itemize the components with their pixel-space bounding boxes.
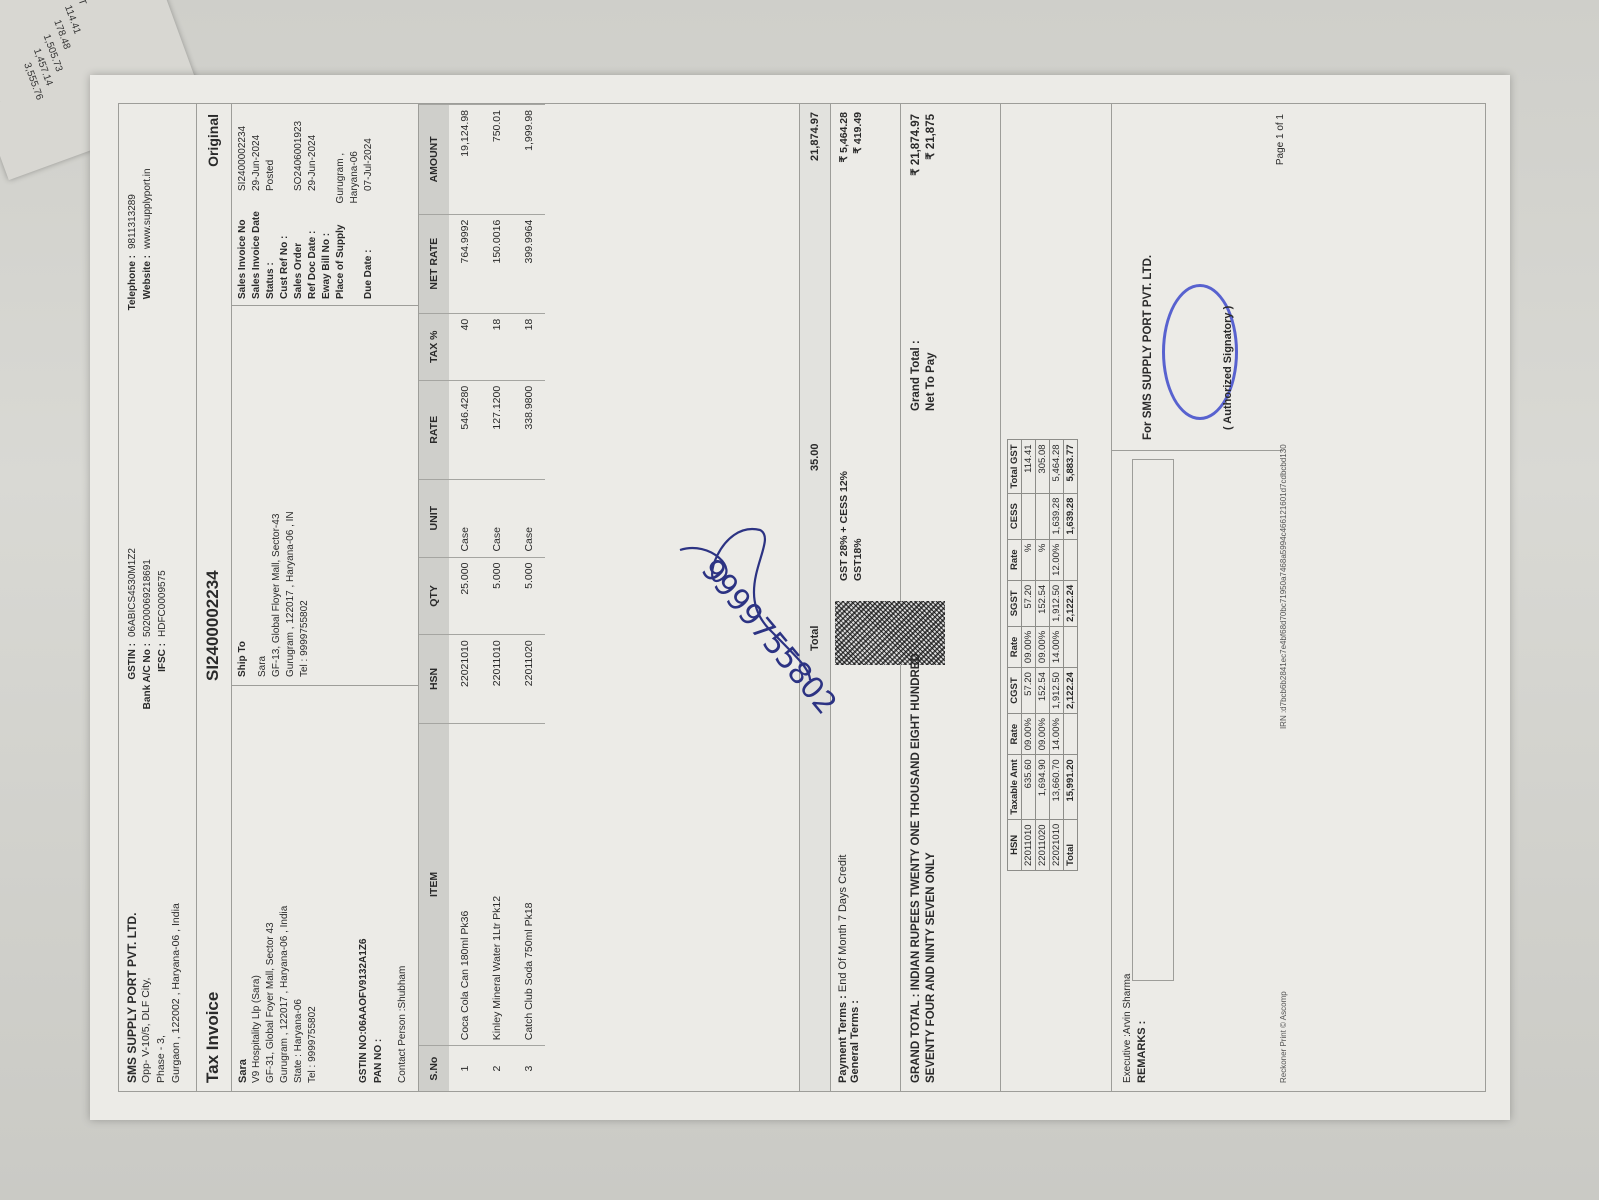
column-header: HSN — [419, 635, 449, 723]
items-header-row: S.NoITEMHSNQTYUNITRATETAX %NET RATEAMOUN… — [419, 105, 449, 1092]
parties-section: Sara V9 Hospitality Llp (Sara) GF-31, Gl… — [232, 104, 419, 1091]
meta-label: Sales Invoice No — [236, 191, 250, 299]
hsn-cell: 152.54 — [1036, 580, 1050, 626]
meta-label: Sales Order — [292, 191, 306, 299]
meta-row: Place of SupplyGurugram , Haryana-06 — [334, 110, 362, 299]
bill-to-line: State : Haryana-06 — [292, 693, 306, 1083]
hsn-cell: 152.54 — [1036, 668, 1050, 714]
table-cell: 22011020 — [513, 635, 545, 723]
hsn-cell: 1,912.50 — [1050, 668, 1064, 714]
invoice-meta: Sales Invoice NoSI2400002234Sales Invoic… — [232, 104, 418, 306]
column-header: QTY — [419, 557, 449, 635]
hsn-cell: 09.00% — [1022, 626, 1036, 667]
meta-row: Sales OrderSO2406001923 — [292, 110, 306, 299]
bill-to-line: GF-31, Global Foyer Mall, Sector 43 — [264, 693, 278, 1083]
hsn-cell: 13,660.70 — [1050, 755, 1064, 819]
table-cell: 150.0016 — [481, 214, 513, 313]
table-cell: 19,124.98 — [449, 105, 481, 215]
signature-box: For SMS SUPPLY PORT PVT. LTD. ( Authoriz… — [1112, 104, 1282, 451]
hsn-cell — [1064, 714, 1078, 755]
print-footer: Reckoner Print © Ascomp IRN :d7bcb6b2841… — [1279, 444, 1288, 1083]
hsn-cell: 635.60 — [1022, 755, 1036, 819]
bill-to-tax-ids: GSTIN NO:06AAOFV9132A1Z6 PAN NO : — [356, 939, 386, 1084]
ship-to-line: GF-13, Global Floyer Mall, Sector-43 — [270, 314, 284, 677]
hsn-summary-table: HSNTaxable AmtRateCGSTRateSGSTRateCESSTo… — [1007, 439, 1078, 871]
irn-number: IRN :d7bcb6b2841ec7e4bf68d70bc71950a7468… — [1279, 444, 1288, 729]
hsn-cell: 5,883.77 — [1064, 440, 1078, 493]
company-bank-info: GSTIN :06ABICS4530M1Z2 Bank A/C No :5020… — [125, 548, 170, 721]
table-cell: 18 — [513, 313, 545, 380]
hsn-cell: 2,122.24 — [1064, 580, 1078, 626]
table-cell: Case — [513, 479, 545, 557]
table-cell: 22021010 — [449, 635, 481, 723]
meta-row: Eway Bill No : — [320, 110, 334, 299]
meta-row: Cust Ref No : — [278, 110, 292, 299]
column-header: RATE — [419, 380, 449, 479]
table-cell: Catch Club Soda 750ml Pk18 — [513, 723, 545, 1046]
meta-value: SO2406001923 — [292, 121, 306, 191]
company-contact: Telephone :9811313289 Website :www.suppl… — [125, 168, 155, 321]
column-header: TAX % — [419, 313, 449, 380]
table-cell: 5.000 — [481, 557, 513, 635]
hsn-cell: 09.00% — [1036, 714, 1050, 755]
company-header: SMS SUPPLY PORT PVT. LTD. Opp- V-10/5, D… — [119, 104, 197, 1091]
table-cell: Kinley Mineral Water 1Ltr Pk12 — [481, 723, 513, 1046]
table-cell: 750.01 — [481, 105, 513, 215]
net-to-pay-label: Net To Pay — [924, 352, 939, 411]
bill-to: Sara V9 Hospitality Llp (Sara) GF-31, Gl… — [236, 693, 320, 1083]
meta-label: Sales Invoice Date — [250, 191, 264, 299]
printed-by: Reckoner Print © Ascomp — [1279, 991, 1288, 1083]
gstin-value: 06ABICS4530M1Z2 — [127, 548, 138, 637]
hsn-cell — [1064, 539, 1078, 580]
hsn-cell — [1064, 626, 1078, 667]
tax-summary-value: ₹ 419.49 — [851, 112, 865, 154]
meta-row: Sales Invoice NoSI2400002234 — [236, 110, 250, 299]
executive-name: Executive :Arvin Sharma — [1122, 974, 1133, 1084]
meta-row: Sales Invoice Date29-Jun-2024 — [250, 110, 264, 299]
hsn-cell: 114.41 — [1022, 440, 1036, 493]
hsn-cell — [1022, 493, 1036, 539]
hsn-row: 220110201,694.9009.00%152.5409.00%152.54… — [1036, 440, 1050, 871]
website-value: www.supplyport.in — [142, 168, 153, 249]
bill-to-gstin: GSTIN NO:06AAOFV9132A1Z6 — [356, 939, 371, 1084]
telephone-value: 9811313289 — [127, 194, 138, 249]
for-company: For SMS SUPPLY PORT PVT. LTD. — [1142, 255, 1154, 440]
grand-total-label: Grand Total : — [909, 340, 924, 411]
table-cell: 127.1200 — [481, 380, 513, 479]
bill-to-line: V9 Hospitality Llp (Sara) — [250, 693, 264, 1083]
bill-to-pan: PAN NO : — [371, 939, 386, 1084]
hsn-row: 22011010635.6009.00%57.2009.00%57.20%114… — [1022, 440, 1036, 871]
handwritten-number: 9999755802 — [694, 553, 844, 722]
hsn-column-header: HSN — [1008, 819, 1022, 870]
hsn-cell: % — [1036, 539, 1050, 580]
hsn-cell — [1036, 493, 1050, 539]
table-cell: 40 — [449, 313, 481, 380]
ifsc-label: IFSC : — [155, 643, 170, 721]
hsn-cell: 57.20 — [1022, 580, 1036, 626]
table-cell: 399.9964 — [513, 214, 545, 313]
meta-label: Due Date : — [362, 191, 376, 299]
column-header: ITEM — [419, 723, 449, 1046]
invoice-title-row: Tax Invoice SI2400002234 Original — [197, 104, 232, 1091]
table-row: 1Coca Cola Can 180ml Pk362202101025.000C… — [449, 105, 481, 1092]
hsn-column-header: CESS — [1008, 493, 1022, 539]
meta-row: Status :Posted — [264, 110, 278, 299]
bank-label: Bank A/C No : — [140, 643, 155, 721]
meta-value: Gurugram , Haryana-06 — [334, 110, 362, 203]
table-cell: 338.9800 — [513, 380, 545, 479]
table-cell: 25.000 — [449, 557, 481, 635]
meta-label: Place of Supply — [334, 203, 362, 299]
table-cell: 3 — [513, 1046, 545, 1091]
hsn-cell: Total — [1064, 819, 1078, 870]
ifsc-value: HDFC0009575 — [157, 570, 168, 637]
hsn-section: HSNTaxable AmtRateCGSTRateSGSTRateCESSTo… — [1001, 104, 1112, 1091]
table-cell: 546.4280 — [449, 380, 481, 479]
hsn-cell: 14.00% — [1050, 714, 1064, 755]
total-amount: 21,874.97 — [809, 112, 821, 161]
hsn-cell: 22011020 — [1036, 819, 1050, 870]
hsn-total-row: Total15,991.202,122.242,122.241,639.285,… — [1064, 440, 1078, 871]
handwritten-signature-icon: 9999755802 — [660, 510, 880, 730]
meta-label: Ref Doc Date : — [306, 191, 320, 299]
bill-to-name: Sara — [236, 693, 250, 1083]
meta-label: Cust Ref No : — [278, 191, 292, 299]
remarks-box — [1132, 459, 1174, 981]
hsn-column-header: Rate — [1008, 626, 1022, 667]
hsn-cell: % — [1022, 539, 1036, 580]
meta-label: Eway Bill No : — [320, 191, 334, 299]
payment-terms-label: Payment Terms : — [837, 995, 849, 1083]
hsn-cell: 1,639.28 — [1064, 493, 1078, 539]
hsn-cell: 305.08 — [1036, 440, 1050, 493]
authorized-signatory: ( Authorized Signatory ) — [1222, 306, 1234, 430]
copy-label: Original — [205, 114, 221, 167]
hsn-column-header: Rate — [1008, 714, 1022, 755]
total-qty: 35.00 — [809, 443, 821, 471]
net-to-pay-value: ₹ 21,875 — [924, 114, 939, 160]
hsn-cell: 09.00% — [1022, 714, 1036, 755]
meta-value: 29-Jun-2024 — [250, 135, 264, 191]
hsn-column-header: Rate — [1008, 539, 1022, 580]
table-cell: 764.9992 — [449, 214, 481, 313]
table-cell: 18 — [481, 313, 513, 380]
grand-total-section: GRAND TOTAL : INDIAN RUPEES TWENTY ONE T… — [901, 104, 1001, 1091]
meta-label: Status : — [264, 191, 278, 299]
hsn-cell: 09.00% — [1036, 626, 1050, 667]
page-number: Page 1 of 1 — [1275, 114, 1286, 165]
column-header: UNIT — [419, 479, 449, 557]
gstin-label: GSTIN : — [125, 643, 140, 721]
ship-to-line: Gurugram , 122017 , Haryana-06 , IN — [284, 314, 298, 677]
contact-person: Contact Person :Shubham — [396, 966, 410, 1083]
column-header: AMOUNT — [419, 105, 449, 215]
meta-value: 29-Jun-2024 — [306, 135, 320, 191]
meta-row: Ref Doc Date :29-Jun-2024 — [306, 110, 320, 299]
column-header: NET RATE — [419, 214, 449, 313]
footer-section: Executive :Arvin Sharma REMARKS : For SM… — [1112, 104, 1292, 1091]
ship-to: Ship To Sara GF-13, Global Floyer Mall, … — [232, 306, 418, 686]
table-cell: 1 — [449, 1046, 481, 1091]
hsn-column-header: Total GST — [1008, 440, 1022, 493]
ship-to-line: Sara — [256, 314, 270, 677]
hsn-column-header: CGST — [1008, 668, 1022, 714]
column-header: S.No — [419, 1046, 449, 1091]
table-cell: 5.000 — [513, 557, 545, 635]
table-cell: Case — [449, 479, 481, 557]
meta-row: Due Date :07-Jul-2024 — [362, 110, 376, 299]
hsn-cell: 22011010 — [1022, 819, 1036, 870]
table-cell: Case — [481, 479, 513, 557]
hsn-cell: 14.00% — [1050, 626, 1064, 667]
invoice-title: Tax Invoice — [203, 992, 223, 1083]
table-cell: Coca Cola Can 180ml Pk36 — [449, 723, 481, 1046]
hsn-cell: 15,991.20 — [1064, 755, 1078, 819]
grand-total-value: ₹ 21,874.97 — [909, 114, 924, 176]
hsn-cell: 22021010 — [1050, 819, 1064, 870]
table-cell: 2 — [481, 1046, 513, 1091]
hsn-column-header: Taxable Amt — [1008, 755, 1022, 819]
hsn-cell: 1,694.90 — [1036, 755, 1050, 819]
meta-value: SI2400002234 — [236, 126, 250, 191]
items-table: S.NoITEMHSNQTYUNITRATETAX %NET RATEAMOUN… — [419, 104, 545, 1091]
hsn-cell: 1,912.50 — [1050, 580, 1064, 626]
remarks-label: REMARKS : — [1136, 1021, 1148, 1083]
table-row: 3Catch Club Soda 750ml Pk18220110205.000… — [513, 105, 545, 1092]
telephone-label: Telephone : — [125, 255, 140, 321]
hsn-cell: 57.20 — [1022, 668, 1036, 714]
hsn-cell: 2,122.24 — [1064, 668, 1078, 714]
table-cell: 1,999.98 — [513, 105, 545, 215]
meta-value: 07-Jul-2024 — [362, 138, 376, 191]
ship-to-heading: Ship To — [236, 314, 250, 677]
tax-summary-value: ₹ 5,464.28 — [837, 112, 851, 162]
bill-to-line: Tel : 9999755802 — [306, 693, 320, 1083]
bank-value: 50200069218691 — [142, 559, 153, 637]
address-line: Gurgaon , 122002 , Haryana-06 , India — [169, 112, 184, 1083]
hsn-row: 2202101013,660.7014.00%1,912.5014.00%1,9… — [1050, 440, 1064, 871]
hsn-cell: 5,464.28 — [1050, 440, 1064, 493]
table-cell: 22011010 — [481, 635, 513, 723]
payment-terms-value: End Of Month 7 Days Credit — [837, 855, 849, 993]
hsn-cell: 12.00% — [1050, 539, 1064, 580]
meta-value: Posted — [264, 160, 278, 191]
hsn-cell: 1,639.28 — [1050, 493, 1064, 539]
hsn-column-header: SGST — [1008, 580, 1022, 626]
amount-in-words: GRAND TOTAL : INDIAN RUPEES TWENTY ONE T… — [909, 643, 939, 1083]
bill-to-line: Gurugram , 122017 , Haryana-06 , India — [278, 693, 292, 1083]
invoice-number: SI2400002234 — [203, 570, 223, 681]
website-label: Website : — [140, 255, 155, 321]
grand-total-values: Grand Total :₹ 21,874.97 Net To Pay₹ 21,… — [909, 114, 939, 411]
fragment-page: 1 of 1 — [0, 79, 2, 106]
table-row: 2Kinley Mineral Water 1Ltr Pk12220110105… — [481, 105, 513, 1092]
ship-to-line: Tel : 9999755802 — [298, 314, 312, 677]
